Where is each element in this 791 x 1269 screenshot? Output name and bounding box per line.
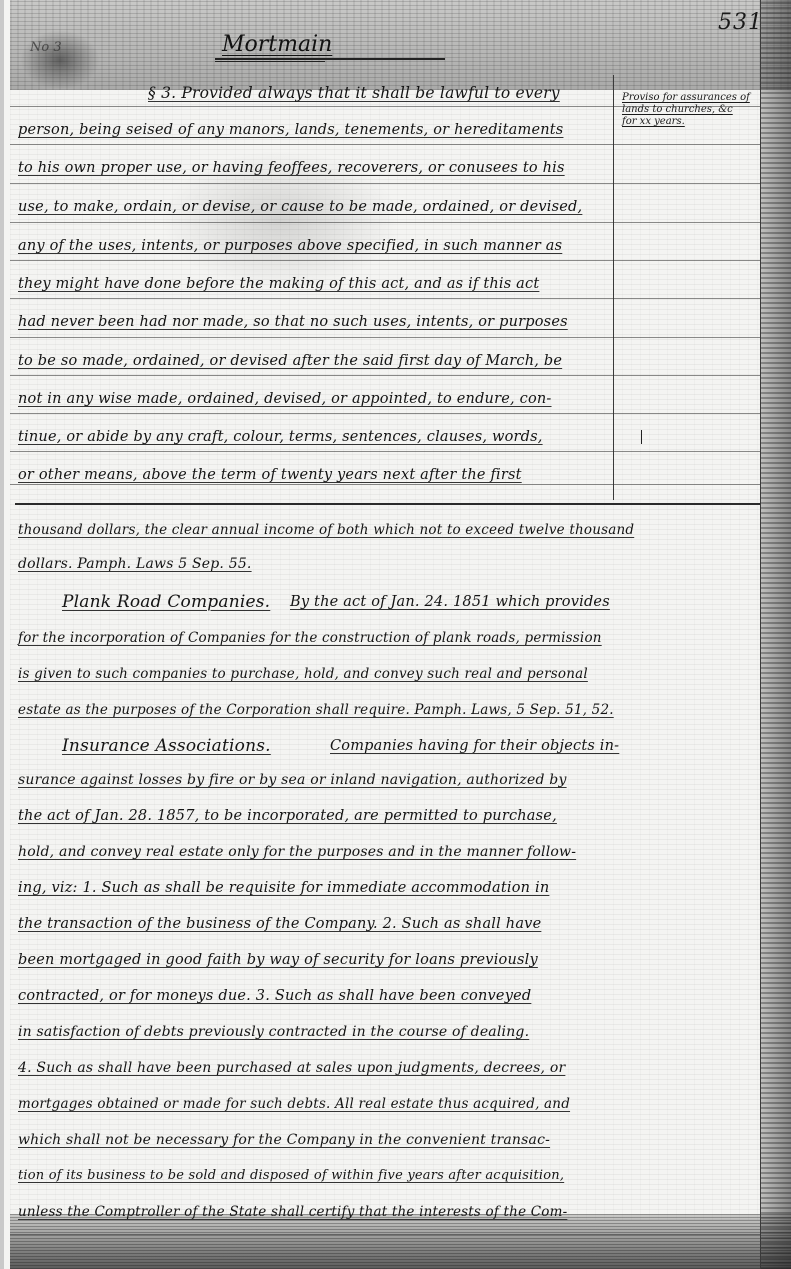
rule-line — [10, 484, 760, 485]
page-title: Mortmain — [222, 32, 332, 57]
text-line: dollars. Pamph. Laws 5 Sep. 55. — [18, 556, 252, 572]
margin-note-line: lands to churches, &c — [622, 104, 757, 116]
text-line: the transaction of the business of the C… — [18, 916, 541, 932]
page-number: 531 — [718, 10, 763, 35]
text-line: surance against losses by fire or by sea… — [18, 772, 567, 788]
text-line: tion of its business to be sold and disp… — [18, 1168, 564, 1183]
text-line: hold, and convey real estate only for th… — [18, 844, 576, 860]
text-line: use, to make, ordain, or devise, or caus… — [18, 199, 582, 215]
rule-line — [10, 222, 760, 223]
margin-rule-right — [760, 0, 761, 1269]
text-line: person, being seised of any manors, land… — [18, 122, 563, 138]
text-line: in satisfaction of debts previously cont… — [18, 1024, 529, 1040]
margin-rule-left — [613, 75, 614, 500]
text-line: for the incorporation of Companies for t… — [18, 630, 602, 646]
text-line: had never been had nor made, so that no … — [18, 314, 568, 330]
ink-smudge — [20, 30, 100, 90]
scan-shadow-right — [761, 0, 791, 1269]
scan-edge — [0, 0, 4, 1269]
text-line: or other means, above the term of twenty… — [18, 467, 522, 483]
margin-note: Proviso for assurances of lands to churc… — [622, 92, 757, 128]
manuscript-page: No 3 Mortmain 531 Proviso for assurances… — [0, 0, 791, 1269]
margin-note-line: Proviso for assurances of — [622, 92, 757, 104]
text-line: estate as the purposes of the Corporatio… — [18, 702, 614, 718]
text-line: Companies having for their objects in- — [330, 738, 619, 754]
text-line: unless the Comptroller of the State shal… — [18, 1204, 567, 1220]
text-line: not in any wise made, ordained, devised,… — [18, 391, 552, 407]
text-line: tinue, or abide by any craft, colour, te… — [18, 429, 543, 445]
text-line: any of the uses, intents, or purposes ab… — [18, 238, 562, 254]
text-line: which shall not be necessary for the Com… — [18, 1132, 550, 1148]
rule-line — [10, 183, 760, 184]
text-line: contracted, or for moneys due. 3. Such a… — [18, 988, 531, 1004]
rule-line — [10, 144, 760, 145]
text-line: ing, viz: 1. Such as shall be requisite … — [18, 880, 549, 896]
margin-note-line: for xx years. — [622, 116, 757, 128]
rule-line — [10, 375, 760, 376]
text-line: 4. Such as shall have been purchased at … — [18, 1060, 565, 1076]
text-line: the act of Jan. 28. 1857, to be incorpor… — [18, 808, 557, 824]
rule-line — [10, 298, 760, 299]
section-heading: Plank Road Companies. — [62, 592, 270, 612]
text-line: to his own proper use, or having feoffee… — [18, 160, 565, 176]
rule-line — [10, 1234, 760, 1235]
section-heading: Insurance Associations. — [62, 736, 271, 756]
corner-mark: No 3 — [30, 40, 62, 55]
text-line: to be so made, ordained, or devised afte… — [18, 353, 562, 369]
tick-mark — [641, 430, 642, 444]
rule-line — [10, 260, 760, 261]
text-line: § 3. Provided always that it shall be la… — [148, 84, 560, 102]
rule-line — [10, 451, 760, 452]
text-line: been mortgaged in good faith by way of s… — [18, 952, 538, 968]
section-divider — [15, 503, 760, 505]
rule-line — [10, 413, 760, 414]
scan-shadow-top — [10, 0, 791, 90]
text-line: is given to such companies to purchase, … — [18, 666, 588, 682]
rule-line — [10, 337, 760, 338]
scan-shadow-bottom — [10, 1214, 791, 1269]
title-underline — [215, 58, 445, 60]
text-line: they might have done before the making o… — [18, 276, 539, 292]
text-line: By the act of Jan. 24. 1851 which provid… — [290, 594, 610, 610]
text-line: thousand dollars, the clear annual incom… — [18, 522, 634, 538]
text-line: mortgages obtained or made for such debt… — [18, 1096, 570, 1112]
title-underline — [215, 61, 325, 62]
